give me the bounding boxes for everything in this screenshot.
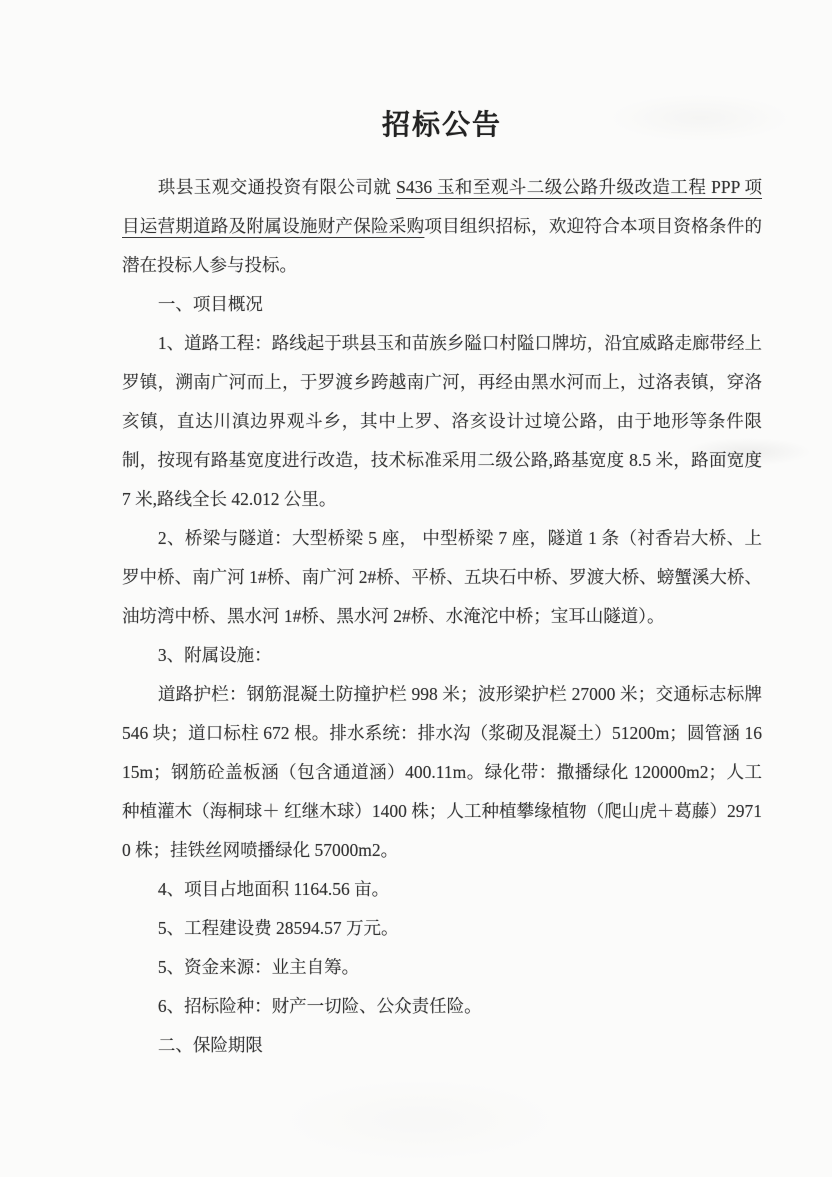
item-ancillary-facilities-heading: 3、附属设施： — [122, 636, 762, 675]
intro-text-before: 珙县玉观交通投资有限公司就 — [158, 177, 396, 197]
document-content: 招标公告 珙县玉观交通投资有限公司就 S436 玉和至观斗二级公路升级改造工程 … — [122, 106, 762, 1065]
item-land-area: 4、项目占地面积 1164.56 亩。 — [122, 870, 762, 909]
intro-paragraph: 珙县玉观交通投资有限公司就 S436 玉和至观斗二级公路升级改造工程 PPP 项… — [122, 168, 762, 285]
item-bridges-tunnels: 2、桥梁与隧道：大型桥梁 5 座， 中型桥梁 7 座，隧道 1 条（衬香岩大桥、… — [122, 519, 762, 636]
document-body: 珙县玉观交通投资有限公司就 S436 玉和至观斗二级公路升级改造工程 PPP 项… — [122, 168, 762, 1065]
item-construction-cost: 5、工程建设费 28594.57 万元。 — [122, 909, 762, 948]
item-road-works: 1、道路工程：路线起于珙县玉和苗族乡隘口村隘口牌坊，沿宜威路走廊带经上罗镇，溯南… — [122, 324, 762, 519]
scanned-document-page: 招标公告 珙县玉观交通投资有限公司就 S436 玉和至观斗二级公路升级改造工程 … — [0, 0, 832, 1177]
item-funding-source: 5、资金来源：业主自筹。 — [122, 948, 762, 987]
section-1-heading: 一、项目概况 — [122, 285, 762, 324]
section-2-heading: 二、保险期限 — [122, 1026, 762, 1065]
document-title: 招标公告 — [122, 106, 762, 146]
item-ancillary-facilities-detail: 道路护栏：钢筋混凝土防撞护栏 998 米；波形梁护栏 27000 米；交通标志标… — [122, 675, 762, 870]
item-insurance-types: 6、招标险种：财产一切险、公众责任险。 — [122, 987, 762, 1026]
